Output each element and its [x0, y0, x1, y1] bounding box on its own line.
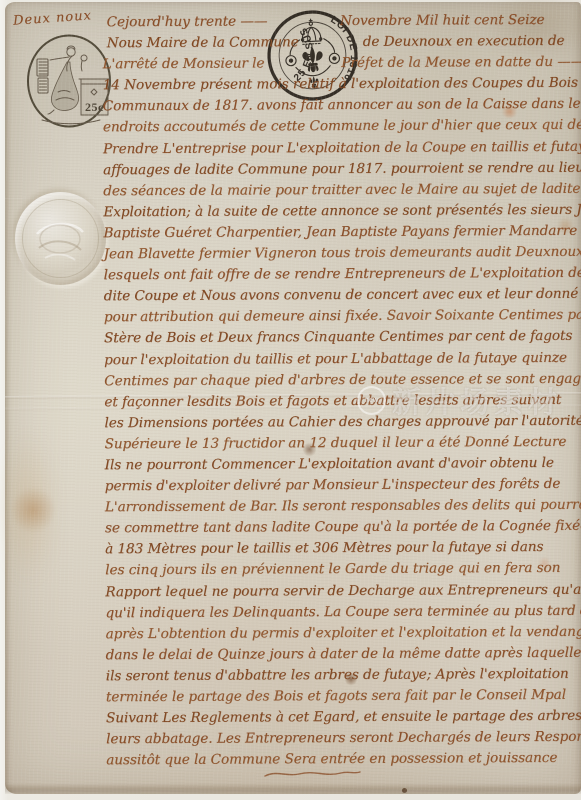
manuscript-line: leurs abbatage. Les Entrepreneurs seront… [102, 727, 581, 751]
manuscript-line: Prendre L'entreprise pour L'exploitation… [99, 136, 581, 160]
embossed-seal [15, 192, 106, 285]
manuscript-line: ils seront tenus d'abbattre les arbres d… [101, 664, 581, 688]
manuscript-line: les Dimensions portées au Cahier des cha… [100, 411, 581, 435]
manuscript-line: pour l'exploitation du taillis et pour L… [100, 347, 581, 371]
manuscript-line: lesquels ont fait offre de se rendre Ent… [99, 263, 581, 287]
manuscript-line: endroits accoutumés de cette Commune le … [99, 115, 581, 139]
manuscript-line: 14 Novembre présent mois relatif à l'exp… [98, 73, 581, 97]
manuscript-line: à 183 Mètres pour le taillis et 306 Mètr… [101, 537, 581, 561]
manuscript-line: terminée le partage des Bois et fagots s… [102, 685, 581, 709]
manuscript-line: après L'obtention du permis d'exploiter … [101, 621, 581, 645]
ink-blot [402, 788, 407, 793]
manuscript-text: Cejourd'huy trente —— Novembre Mil huit … [98, 10, 581, 772]
manuscript-line: les cinq jours ils en préviennent le Gar… [101, 558, 581, 582]
manuscript-line: Centimes par chaque pied d'arbres de tou… [100, 368, 581, 392]
manuscript-line: Stère de Bois et Deux francs Cinquante C… [100, 326, 581, 350]
document-page: Deux noux [5, 2, 581, 794]
paper-bottom-edge [5, 783, 581, 794]
manuscript-line: L'arrêté de Monsieur le Préfet de la Meu… [98, 52, 581, 76]
stain [0, 430, 59, 586]
manuscript-line: Ils ne pourront Commencer L'exploitation… [100, 453, 581, 477]
photo-backdrop: Deux noux [0, 0, 581, 800]
manuscript-line: et façonner lesdits Bois et fagots et ab… [100, 389, 581, 413]
manuscript-line: Rapport lequel ne pourra servir de Decha… [101, 579, 581, 603]
stain [11, 486, 55, 534]
manuscript-line: Jean Blavette fermier Vigneron tous troi… [99, 242, 581, 266]
embossed-seal-relief [15, 192, 106, 285]
manuscript-line: Cejourd'huy trente —— Novembre Mil huit … [98, 10, 581, 34]
manuscript-line: L'arrondissement de Bar. Ils seront resp… [101, 495, 581, 519]
manuscript-line: dans le delai de Quinze jours à dater de… [101, 643, 581, 667]
manuscript-line: Baptiste Guéret Charpentier, Jean Baptis… [99, 221, 581, 245]
manuscript-line: qu'il indiquera les Delinquants. La Coup… [101, 600, 581, 624]
manuscript-line: Suivant Les Reglements à cet Egard, et e… [102, 706, 581, 730]
manuscript-line: se commettre tant dans ladite Coupe qu'à… [101, 516, 581, 540]
manuscript-line: Supérieure le 13 fructidor an 12 duquel … [100, 432, 581, 456]
closing-flourish [263, 767, 363, 782]
manuscript-line: permis d'exploiter delivré par Monsieur … [100, 474, 581, 498]
manuscript-line: dite Coupe et Nous avons convenu de conc… [99, 284, 581, 308]
manuscript-line: Exploitation; à la suite de cette annonc… [99, 200, 581, 224]
manuscript-line: des séances de la mairie pour traitter a… [99, 178, 581, 202]
manuscript-line: Communaux de 1817. avons fait annoncer a… [98, 94, 581, 118]
manuscript-line: affouages de ladite Commune pour 1817. p… [99, 157, 581, 181]
manuscript-line: Nous Maire de la Commune de Deuxnoux en … [98, 31, 581, 55]
manuscript-line: pour attribution qui demeure ainsi fixée… [100, 305, 581, 329]
margin-annotation: Deux noux [13, 8, 93, 28]
